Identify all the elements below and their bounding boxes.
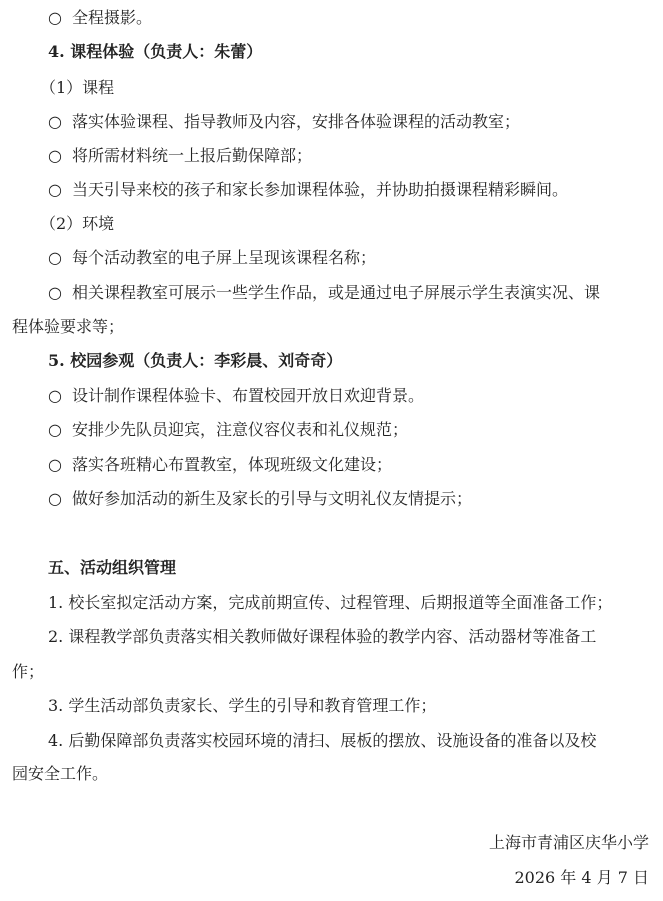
numbered-item: 1. 校长室拟定活动方案，完成前期宣传、过程管理、后期报道等全面准备工作； (12, 593, 651, 613)
circle-bullet-icon: ○ (48, 420, 72, 440)
signature-date: 2026 年 4 月 7 日 (514, 868, 649, 888)
circle-bullet-icon: ○ (48, 248, 72, 268)
section-heading-organization: 五、活动组织管理 (12, 558, 651, 578)
bullet-item: ○落实各班精心布置教室，体现班级文化建设； (12, 455, 651, 475)
subsection-label-course: （1）课程 (12, 78, 651, 98)
circle-bullet-icon: ○ (48, 455, 72, 475)
numbered-item: 4. 后勤保障部负责落实校园环境的清扫、展板的摆放、设施设备的准备以及校 (12, 731, 651, 751)
bullet-item: ○每个活动教室的电子屏上呈现该课程名称； (12, 248, 651, 268)
bullet-item: ○做好参加活动的新生及家长的引导与文明礼仪友情提示； (12, 489, 651, 509)
bullet-item: ○全程摄影。 (12, 8, 651, 28)
signature-organization: 上海市青浦区庆华小学 (489, 833, 649, 853)
wrapped-text: 作； (12, 662, 651, 682)
section-heading-course-experience: 4. 课程体验（负责人：朱蕾） (12, 42, 651, 62)
bullet-item: ○落实体验课程、指导教师及内容，安排各体验课程的活动教室； (12, 112, 651, 132)
circle-bullet-icon: ○ (48, 386, 72, 406)
section-heading-campus-tour: 5. 校园参观（负责人：李彩晨、刘奇奇） (12, 351, 651, 371)
numbered-item: 2. 课程教学部负责落实相关教师做好课程体验的教学内容、活动器材等准备工 (12, 627, 651, 647)
circle-bullet-icon: ○ (48, 283, 72, 303)
bullet-item: ○设计制作课程体验卡、布置校园开放日欢迎背景。 (12, 386, 651, 406)
bullet-item: ○当天引导来校的孩子和家长参加课程体验，并协助拍摄课程精彩瞬间。 (12, 180, 651, 200)
circle-bullet-icon: ○ (48, 112, 72, 132)
numbered-item: 3. 学生活动部负责家长、学生的引导和教育管理工作； (12, 696, 651, 716)
circle-bullet-icon: ○ (48, 180, 72, 200)
bullet-item: ○相关课程教室可展示一些学生作品，或是通过电子屏展示学生表演实况、课 (12, 283, 651, 303)
bullet-item: ○将所需材料统一上报后勤保障部； (12, 146, 651, 166)
bullet-item: ○安排少先队员迎宾，注意仪容仪表和礼仪规范； (12, 420, 651, 440)
circle-bullet-icon: ○ (48, 146, 72, 166)
wrapped-text: 园安全工作。 (12, 764, 651, 784)
wrapped-text: 程体验要求等； (12, 317, 651, 337)
circle-bullet-icon: ○ (48, 489, 72, 509)
subsection-label-environment: （2）环境 (12, 214, 651, 234)
circle-bullet-icon: ○ (48, 8, 72, 28)
